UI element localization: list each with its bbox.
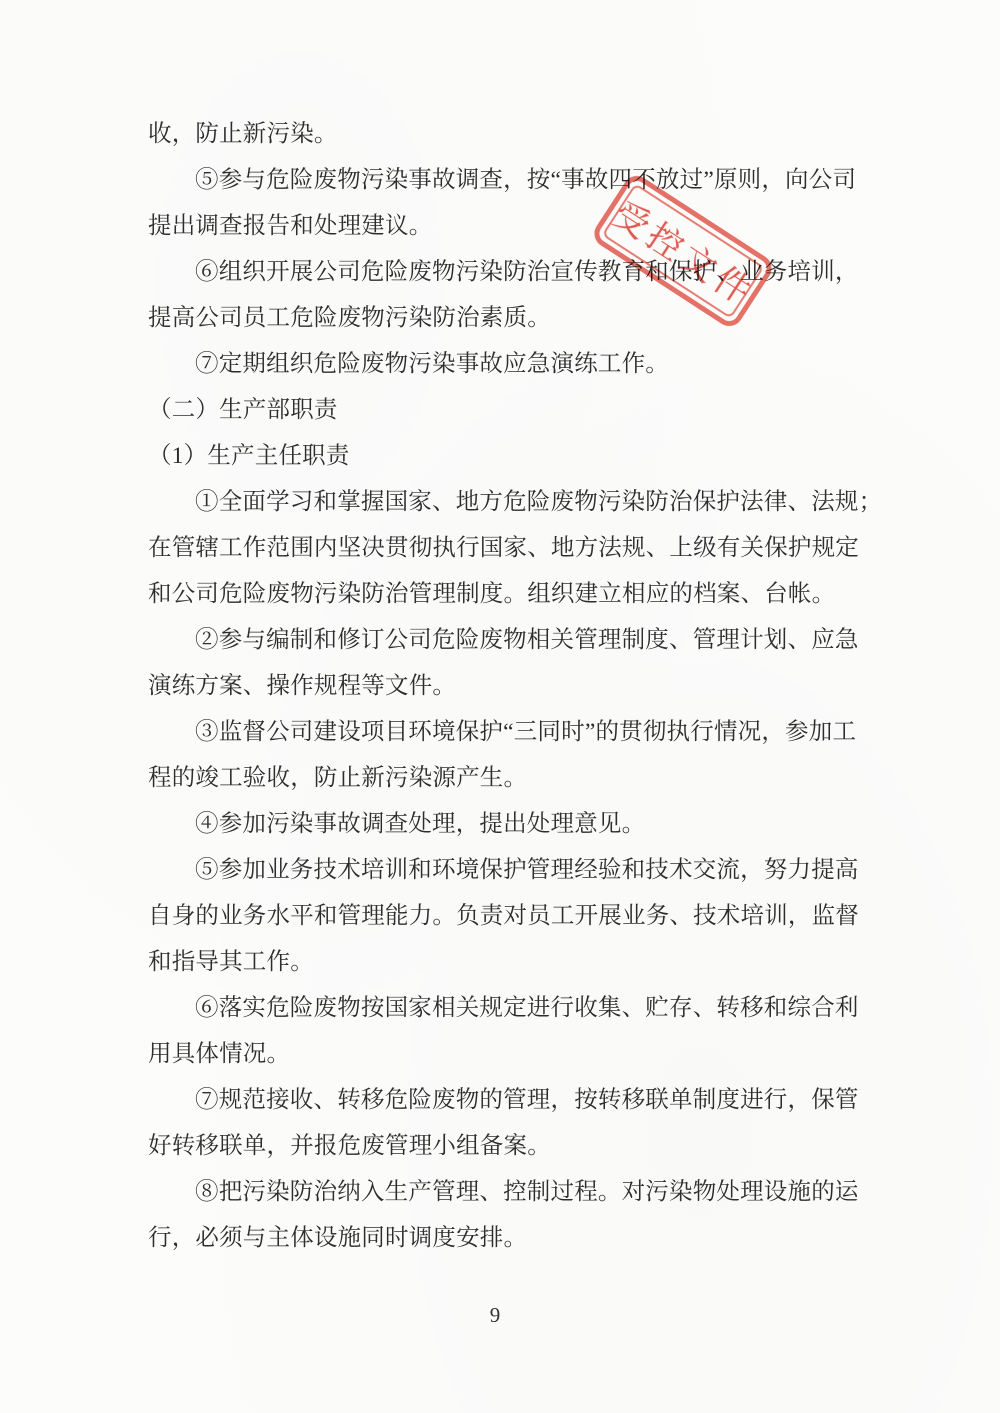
section-heading: （1）生产主任职责 — [148, 433, 878, 479]
text-line: ⑤参加业务技术培训和环境保护管理经验和技术交流，努力提高 — [148, 847, 878, 893]
text-line: 在管辖工作范围内坚决贯彻执行国家、地方法规、上级有关保护规定 — [148, 525, 878, 571]
page-number: 9 — [0, 1303, 990, 1328]
text-line: ⑦定期组织危险废物污染事故应急演练工作。 — [148, 341, 878, 387]
text-line: 程的竣工验收，防止新污染源产生。 — [148, 755, 878, 801]
text-line: ⑤参与危险废物污染事故调查，按“事故四不放过”原则，向公司 — [148, 157, 878, 203]
text-line: ①全面学习和掌握国家、地方危险废物污染防治保护法律、法规； — [148, 479, 878, 525]
text-line: 自身的业务水平和管理能力。负责对员工开展业务、技术培训，监督 — [148, 893, 878, 939]
text-line: ③监督公司建设项目环境保护“三同时”的贯彻执行情况，参加工 — [148, 709, 878, 755]
text-line: 用具体情况。 — [148, 1031, 878, 1077]
text-line: ⑧把污染防治纳入生产管理、控制过程。对污染物处理设施的运 — [148, 1169, 878, 1215]
text-line: 行，必须与主体设施同时调度安排。 — [148, 1215, 878, 1261]
section-heading: （二）生产部职责 — [148, 387, 878, 433]
text-line: ②参与编制和修订公司危险废物相关管理制度、管理计划、应急 — [148, 617, 878, 663]
document-page: 收，防止新污染。 ⑤参与危险废物污染事故调查，按“事故四不放过”原则，向公司 提… — [0, 0, 1000, 1413]
text-line: ④参加污染事故调查处理，提出处理意见。 — [148, 801, 878, 847]
text-line: 和公司危险废物污染防治管理制度。组织建立相应的档案、台帐。 — [148, 571, 878, 617]
text-line: 提高公司员工危险废物污染防治素质。 — [148, 295, 878, 341]
text-line: ⑦规范接收、转移危险废物的管理，按转移联单制度进行，保管 — [148, 1077, 878, 1123]
text-line: ⑥落实危险废物按国家相关规定进行收集、贮存、转移和综合利 — [148, 985, 878, 1031]
text-line: 收，防止新污染。 — [148, 111, 878, 157]
text-line: 和指导其工作。 — [148, 939, 878, 985]
text-line: 好转移联单，并报危废管理小组备案。 — [148, 1123, 878, 1169]
text-line: 演练方案、操作规程等文件。 — [148, 663, 878, 709]
text-line: 提出调查报告和处理建议。 — [148, 203, 878, 249]
document-body: 收，防止新污染。 ⑤参与危险废物污染事故调查，按“事故四不放过”原则，向公司 提… — [148, 111, 878, 1261]
